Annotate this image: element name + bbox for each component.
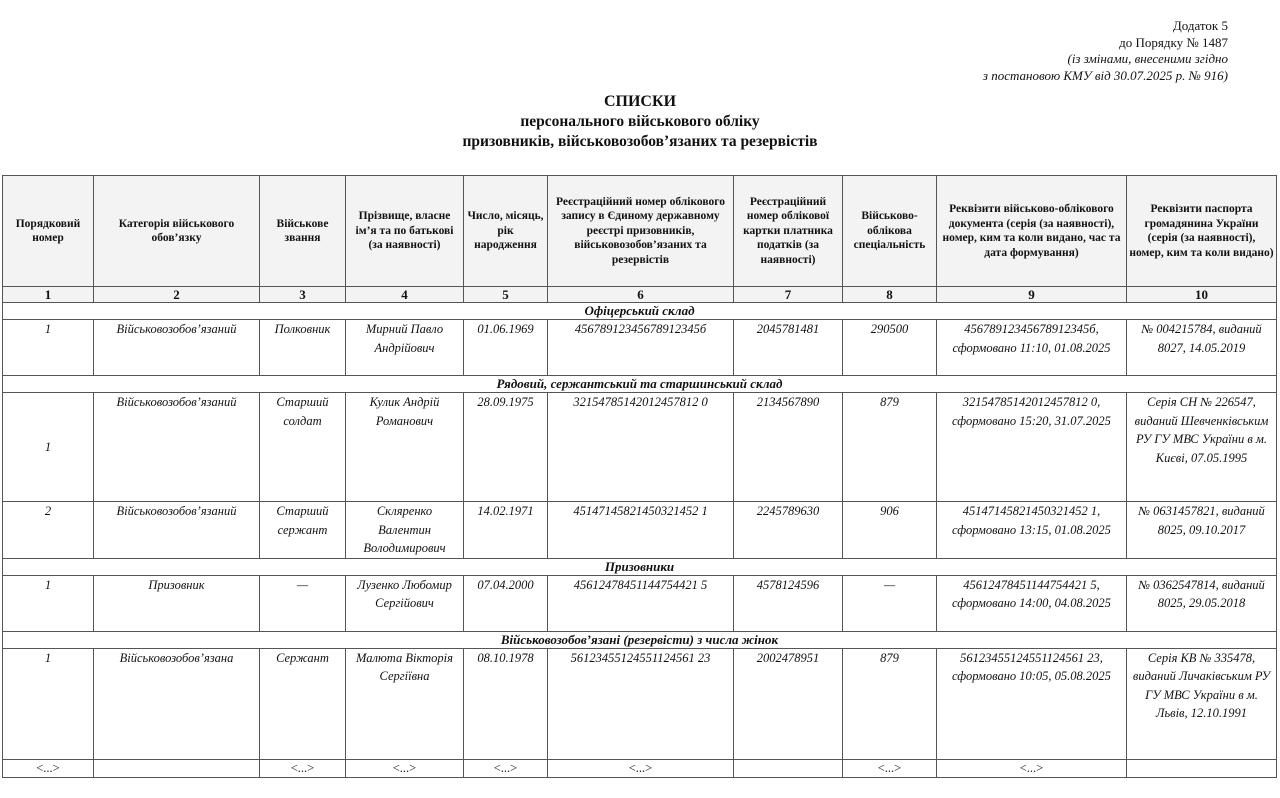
registry-number-cell: 32154785142012457812 0 [548,393,734,502]
row-number: 2 [3,502,94,559]
registry-number-cell: 45147145821450321452 1 [548,502,734,559]
column-number: 6 [548,287,734,303]
ellipsis-cell: <...> [3,759,94,777]
header-cell: Реквізити військово-облікового документа… [937,176,1127,287]
section-header-conscripts: Призовники [3,558,1277,575]
specialty-cell: — [843,575,937,631]
section-title: Офіцерський склад [3,303,1277,320]
category-cell: Військовозобов’язана [94,648,260,759]
birth-date-cell: 01.06.1969 [464,320,548,376]
ellipsis-cell: <...> [548,759,734,777]
full-name-cell: Скляренко Валентин Володимирович [346,502,464,559]
order-reference: до Порядку № 1487 [983,35,1228,52]
military-document-cell: 45678912345678912345б, сформовано 11:10,… [937,320,1127,376]
header-row: Порядковий номер Категорія військового о… [3,176,1277,287]
tax-number-cell: 2134567890 [734,393,843,502]
column-number: 7 [734,287,843,303]
header-cell: Число, місяць, рік народження [464,176,548,287]
ellipsis-cell [94,759,260,777]
ellipsis-cell: <...> [937,759,1127,777]
appendix-note: Додаток 5 до Порядку № 1487 (із змінами,… [983,18,1228,84]
column-number: 8 [843,287,937,303]
category-cell: Військовозобов’язаний [94,502,260,559]
appendix-number: Додаток 5 [983,18,1228,35]
table-row: 1 Військовозобов’язана Сержант Малюта Ві… [3,648,1277,759]
header-cell: Військово-облікова спеціальність [843,176,937,287]
column-number: 10 [1127,287,1277,303]
title-sub-1: персонального військового обліку [0,112,1280,132]
table-row: 1 Призовник — Лузенко Любомир Сергійович… [3,575,1277,631]
specialty-cell: 879 [843,393,937,502]
ellipsis-cell: <...> [464,759,548,777]
full-name-cell: Кулик Андрій Романович [346,393,464,502]
column-numbers-row: 1 2 3 4 5 6 7 8 9 10 [3,287,1277,303]
row-number: 1 [3,648,94,759]
full-name-cell: Лузенко Любомир Сергійович [346,575,464,631]
category-cell: Призовник [94,575,260,631]
specialty-cell: 906 [843,502,937,559]
specialty-cell: 290500 [843,320,937,376]
table-row: 1 Військовозобов’язаний Полковник Мирний… [3,320,1277,376]
section-header-women-reservists: Військовозобов’язані (резервісти) з числ… [3,631,1277,648]
ellipsis-cell: <...> [346,759,464,777]
military-document-cell: 45612478451144754421 5, сформовано 14:00… [937,575,1127,631]
registry-number-cell: 45612478451144754421 5 [548,575,734,631]
column-number: 3 [260,287,346,303]
column-number: 5 [464,287,548,303]
birth-date-cell: 08.10.1978 [464,648,548,759]
specialty-cell: 879 [843,648,937,759]
category-cell: Військовозобов’язаний [94,393,260,502]
passport-cell: № 004215784, виданий 8027, 14.05.2019 [1127,320,1277,376]
row-number: 1 [3,575,94,631]
column-number: 1 [3,287,94,303]
military-document-cell: 56123455124551124561 23, сформовано 10:0… [937,648,1127,759]
header-cell: Прізвище, власне ім’я та по батькові (за… [346,176,464,287]
column-number: 2 [94,287,260,303]
row-number: 1 [3,393,94,502]
passport-cell: Серія КВ № 335478, виданий Личаківським … [1127,648,1277,759]
header-cell: Військове звання [260,176,346,287]
birth-date-cell: 28.09.1975 [464,393,548,502]
section-title: Призовники [3,558,1277,575]
title-sub-2: призовників, військовозобов’язаних та ре… [0,132,1280,152]
full-name-cell: Малюта Вікторія Сергіївна [346,648,464,759]
section-header-enlisted: Рядовий, сержантський та старшинський ск… [3,376,1277,393]
section-header-officers: Офіцерський склад [3,303,1277,320]
header-cell: Реєстраційний номер облікового запису в … [548,176,734,287]
tax-number-cell: 4578124596 [734,575,843,631]
passport-cell: Серія СН № 226547, виданий Шевченківськи… [1127,393,1277,502]
header-cell: Реєстраційний номер облікової картки пла… [734,176,843,287]
amendment-note-1: (із змінами, внесеними згідно [983,51,1228,68]
row-number: 1 [3,320,94,376]
header-cell: Реквізити паспорта громадянина України (… [1127,176,1277,287]
section-title: Рядовий, сержантський та старшинський ск… [3,376,1277,393]
ellipsis-row: <...> <...> <...> <...> <...> <...> <...… [3,759,1277,777]
table-row: 1 Військовозобов’язаний Старший солдат К… [3,393,1277,502]
title-main: СПИСКИ [0,92,1280,112]
amendment-note-2: з постановою КМУ від 30.07.2025 р. № 916… [983,68,1228,85]
registry-number-cell: 56123455124551124561 23 [548,648,734,759]
tax-number-cell: 2002478951 [734,648,843,759]
ellipsis-cell: <...> [843,759,937,777]
rank-cell: Полковник [260,320,346,376]
birth-date-cell: 14.02.1971 [464,502,548,559]
rank-cell: Старший солдат [260,393,346,502]
rank-cell: — [260,575,346,631]
military-document-cell: 45147145821450321452 1, сформовано 13:15… [937,502,1127,559]
tax-number-cell: 2045781481 [734,320,843,376]
military-document-cell: 32154785142012457812 0, сформовано 15:20… [937,393,1127,502]
ellipsis-cell: <...> [260,759,346,777]
full-name-cell: Мирний Павло Андрійович [346,320,464,376]
birth-date-cell: 07.04.2000 [464,575,548,631]
ellipsis-cell [1127,759,1277,777]
section-title: Військовозобов’язані (резервісти) з числ… [3,631,1277,648]
rank-cell: Старший сержант [260,502,346,559]
passport-cell: № 0362547814, виданий 8025, 29.05.2018 [1127,575,1277,631]
header-cell: Порядковий номер [3,176,94,287]
column-number: 9 [937,287,1127,303]
tax-number-cell: 2245789630 [734,502,843,559]
header-cell: Категорія військового обов’язку [94,176,260,287]
column-number: 4 [346,287,464,303]
registry-table: Порядковий номер Категорія військового о… [2,175,1277,778]
passport-cell: № 0631457821, виданий 8025, 09.10.2017 [1127,502,1277,559]
category-cell: Військовозобов’язаний [94,320,260,376]
document-title: СПИСКИ персонального військового обліку … [0,92,1280,152]
registry-number-cell: 45678912345678912345б [548,320,734,376]
ellipsis-cell [734,759,843,777]
table-row: 2 Військовозобов’язаний Старший сержант … [3,502,1277,559]
rank-cell: Сержант [260,648,346,759]
